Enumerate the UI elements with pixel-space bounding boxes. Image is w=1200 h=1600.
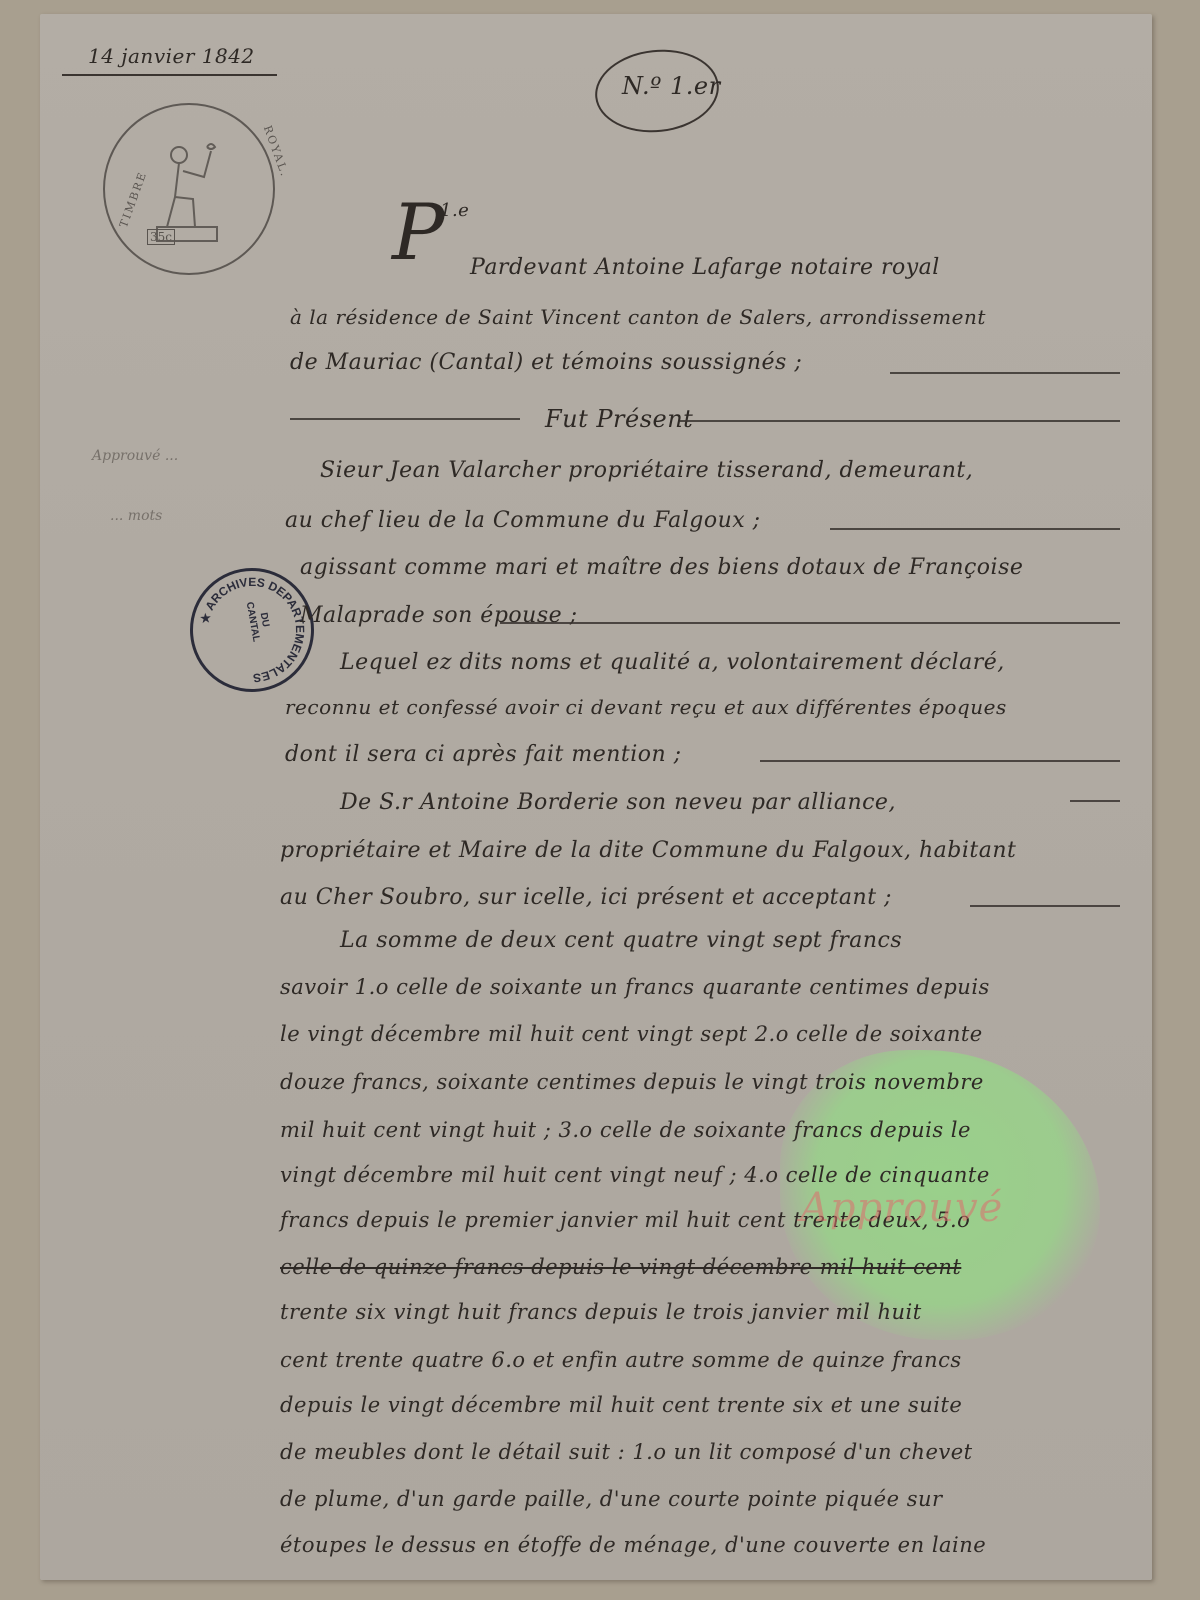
- text-line-15: La somme de deux cent quatre vingt sept …: [340, 928, 902, 953]
- timbre-royal-stamp: TIMBRE ROYAL. 35c: [103, 103, 275, 275]
- line-filler: [760, 760, 1120, 762]
- text-line-10: reconnu et confessé avoir ci devant reçu…: [285, 695, 1007, 719]
- line-filler: [890, 372, 1120, 374]
- text-line-28: étoupes le dessus en étoffe de ménage, d…: [280, 1533, 986, 1557]
- text-line-13: propriétaire et Maire de la dite Commune…: [280, 838, 1016, 863]
- text-line-19: mil huit cent vingt huit ; 3.o celle de …: [280, 1118, 971, 1142]
- line-filler: [500, 622, 1120, 624]
- text-line-2: à la résidence de Saint Vincent canton d…: [290, 305, 986, 329]
- line-filler: [830, 528, 1120, 530]
- initial-superscript: 1.e: [440, 200, 469, 221]
- text-line-20: vingt décembre mil huit cent vingt neuf …: [280, 1163, 990, 1187]
- text-line-24: cent trente quatre 6.o et enfin autre so…: [280, 1348, 962, 1372]
- text-line-11: dont il sera ci après fait mention ;: [285, 742, 682, 767]
- text-line-14: au Cher Soubro, sur icelle, ici présent …: [280, 885, 892, 910]
- margin-note-2: ... mots: [110, 508, 162, 524]
- text-line-26: de meubles dont le détail suit : 1.o un …: [280, 1440, 973, 1464]
- text-line-1: Pardevant Antoine Lafarge notaire royal: [470, 255, 940, 280]
- text-line-3: de Mauriac (Cantal) et témoins soussigné…: [290, 350, 802, 375]
- archives-cantal-stamp: ★ ARCHIVES DEPARTEMENTALES DU CANTAL: [190, 568, 314, 692]
- text-line-6: au chef lieu de la Commune du Falgoux ;: [285, 508, 761, 533]
- text-line-8: Malaprade son épouse ;: [300, 603, 578, 628]
- text-line-12: De S.r Antoine Borderie son neveu par al…: [340, 790, 896, 815]
- act-number: N.º 1.er: [622, 72, 721, 100]
- text-line-22-struck: celle de quinze francs depuis le vingt d…: [280, 1255, 961, 1279]
- stamp-value: 35c: [147, 229, 175, 245]
- text-line-23: trente six vingt huit francs depuis le t…: [280, 1300, 922, 1324]
- text-line-18: douze francs, soixante centimes depuis l…: [280, 1070, 984, 1094]
- text-line-27: de plume, d'un garde paille, d'une court…: [280, 1487, 943, 1511]
- text-line-9: Lequel ez dits noms et qualité a, volont…: [340, 650, 1005, 675]
- line-filler: [680, 420, 1120, 422]
- line-filler: [1070, 800, 1120, 802]
- text-line-16: savoir 1.o celle de soixante un francs q…: [280, 975, 990, 999]
- text-line-25: depuis le vingt décembre mil huit cent t…: [280, 1393, 962, 1417]
- date-header: 14 janvier 1842: [88, 44, 255, 68]
- date-underline: [62, 74, 277, 76]
- line-filler: [290, 418, 520, 420]
- text-line-4-fut-present: Fut Présent: [545, 405, 693, 433]
- text-line-5: Sieur Jean Valarcher propriétaire tisser…: [320, 458, 973, 483]
- line-filler: [970, 905, 1120, 907]
- approuve-watermark: Approuvé: [800, 1185, 1003, 1231]
- stamp-text-left: TIMBRE: [117, 169, 150, 229]
- text-line-7: agissant comme mari et maître des biens …: [300, 555, 1023, 580]
- initial-letter: P: [392, 188, 444, 278]
- text-line-17: le vingt décembre mil huit cent vingt se…: [280, 1022, 983, 1046]
- margin-note-1: Approuvé ...: [92, 448, 178, 464]
